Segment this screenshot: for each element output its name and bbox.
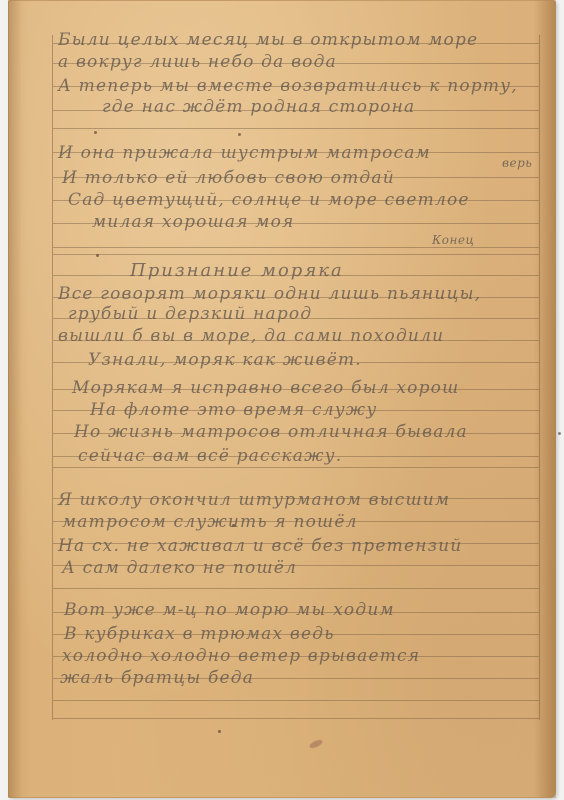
handwritten-line: И только ей любовь свою отдай (62, 168, 395, 188)
handwritten-line: В кубриках в трюмах ведь (64, 624, 335, 644)
handwritten-line: вышли б вы в море, да сами походили (58, 326, 444, 346)
handwritten-line: Все говорят моряки одни лишь пьяницы, (58, 284, 481, 304)
handwritten-text-layer: Были целых месяц мы в открытом мореа вок… (0, 0, 564, 800)
poem-title: Признание моряка (130, 260, 344, 281)
paper-speck (238, 133, 241, 136)
handwritten-line: И она прижала шустрым матросам (58, 143, 431, 163)
paper-speck (558, 432, 561, 435)
handwritten-line: а вокруг лишь небо да вода (58, 52, 337, 72)
handwritten-line: Вот уже м-ц по морю мы ходим (64, 600, 395, 620)
handwritten-line: холодно холодно ветер врывается (62, 646, 420, 666)
handwritten-line: сейчас вам всё расскажу. (78, 446, 342, 466)
handwritten-line: матросом служить я пошёл (62, 512, 358, 532)
handwritten-line: Узнали, моряк как живёт. (88, 350, 362, 370)
handwritten-line: Но жизнь матросов отличная бывала (74, 422, 468, 442)
margin-annotation: Конец (432, 233, 474, 247)
paper-speck (218, 730, 221, 733)
handwritten-line: На флоте это время служу (90, 400, 377, 420)
paper-speck (94, 131, 97, 134)
handwritten-line: А теперь мы вместе возвратились к порту, (58, 76, 518, 96)
margin-annotation: верь (502, 156, 532, 170)
handwritten-line: где нас ждёт родная сторона (102, 97, 415, 117)
handwritten-line: Сад цветущий, солнце и море светлое (68, 190, 470, 210)
handwritten-line: А сам далеко не пошёл (62, 558, 297, 578)
paper-speck (232, 524, 235, 527)
handwritten-line: Я школу окончил штурманом высшим (58, 490, 450, 510)
handwritten-line: жаль братцы беда (60, 668, 254, 688)
handwritten-line: На сх. не хаживал и всё без претензий (58, 536, 462, 556)
handwritten-line: Морякам я исправно всего был хорош (72, 378, 459, 398)
handwritten-line: грубый и дерзкий народ (68, 304, 312, 324)
paper-speck (96, 254, 99, 257)
handwritten-line: Были целых месяц мы в открытом море (58, 30, 478, 50)
handwritten-line: милая хорошая моя (92, 212, 295, 232)
